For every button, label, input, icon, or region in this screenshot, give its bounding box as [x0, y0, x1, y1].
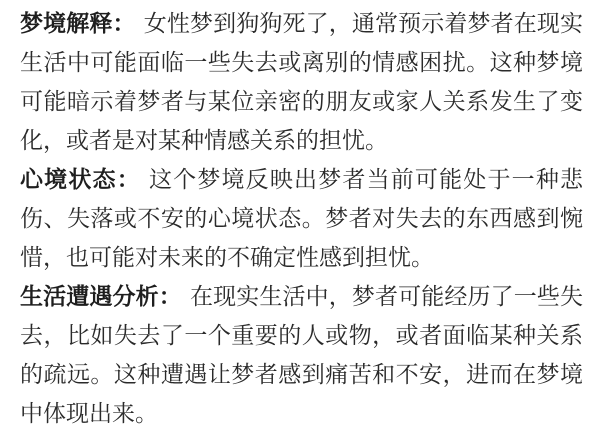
- paragraph-mood-state: 心境状态：这个梦境反映出梦者当前可能处于一种悲伤、失落或不安的心境状态。梦者对失…: [20, 160, 583, 277]
- paragraph-life-experience-analysis: 生活遭遇分析：在现实生活中，梦者可能经历了一些失去，比如失去了一个重要的人或物，…: [20, 277, 583, 427]
- dream-interpretation-document: 梦境解释：女性梦到狗狗死了，通常预示着梦者在现实生活中可能面临一些失去或离别的情…: [0, 0, 600, 427]
- section-label-life-experience-analysis: 生活遭遇分析：: [20, 283, 182, 309]
- paragraph-dream-interpretation: 梦境解释：女性梦到狗狗死了，通常预示着梦者在现实生活中可能面临一些失去或离别的情…: [20, 4, 583, 160]
- section-label-mood-state: 心境状态：: [20, 166, 141, 192]
- section-label-dream-interpretation: 梦境解释：: [20, 10, 136, 36]
